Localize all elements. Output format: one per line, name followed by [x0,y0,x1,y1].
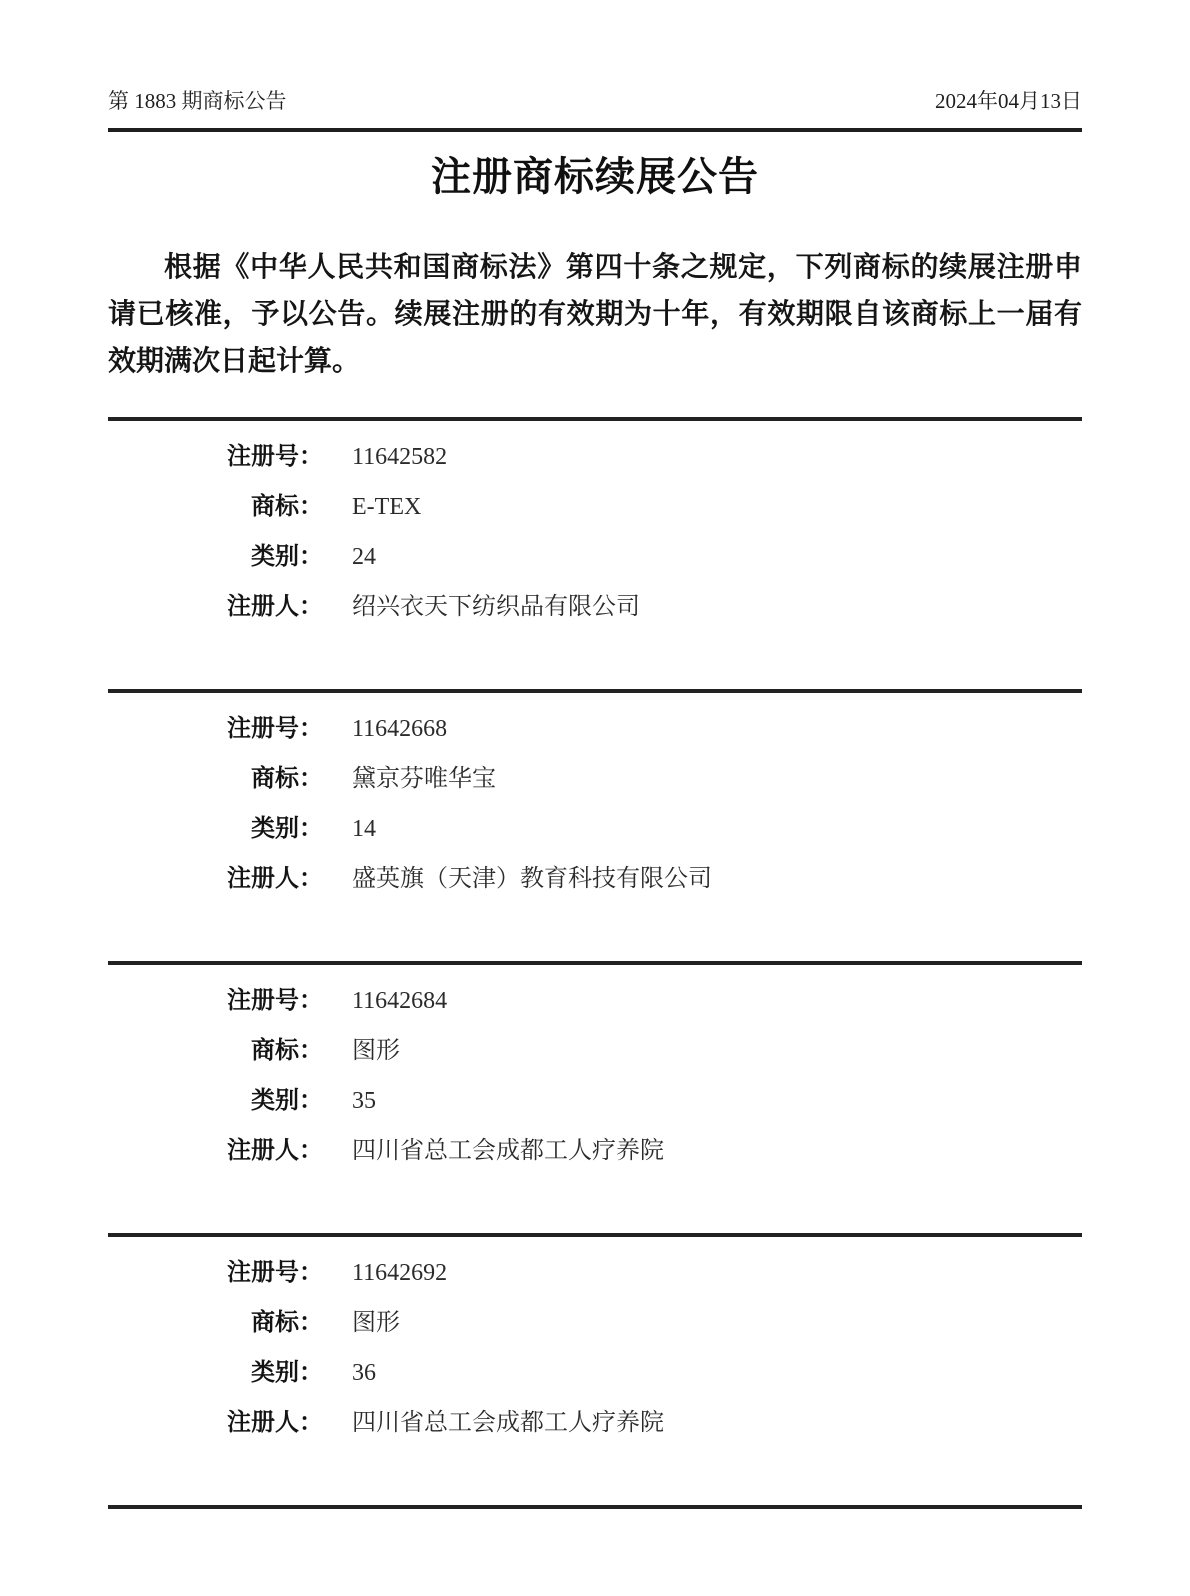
record-row-category: 类别： 35 [108,1076,1082,1126]
gazette-page: 第 1883 期商标公告 2024年04月13日 注册商标续展公告 根据《中华人… [0,0,1190,1596]
category-label: 类别： [108,1348,323,1397]
reg-no-label: 注册号： [108,432,323,481]
trademark-value: 图形 [352,1299,400,1348]
record-row-reg-no: 注册号： 11642692 [108,1248,1082,1298]
record-row-registrant: 注册人： 四川省总工会成都工人疗养院 [108,1398,1082,1448]
trademark-label: 商标： [108,1298,323,1347]
reg-no-label: 注册号： [108,1248,323,1297]
record-row-trademark: 商标： E-TEX [108,482,1082,532]
intro-paragraph: 根据《中华人民共和国商标法》第四十条之规定，下列商标的续展注册申请已核准，予以公… [108,243,1082,384]
trademark-value: 黛京芬唯华宝 [352,755,496,804]
trademark-label: 商标： [108,1026,323,1075]
category-value: 24 [352,533,376,582]
date-label: 2024年04月13日 [935,88,1082,115]
category-label: 类别： [108,532,323,581]
reg-no-value: 11642684 [352,977,447,1026]
record-row-trademark: 商标： 图形 [108,1026,1082,1076]
trademark-label: 商标： [108,482,323,531]
registrant-label: 注册人： [108,1126,323,1175]
record-row-reg-no: 注册号： 11642582 [108,432,1082,482]
record: 注册号： 11642692 商标： 图形 类别： 36 注册人： 四川省总工会成… [108,1233,1082,1505]
category-value: 35 [352,1077,376,1126]
reg-no-value: 11642668 [352,705,447,754]
registrant-value: 绍兴衣天下纺织品有限公司 [352,583,640,632]
registrant-value: 四川省总工会成都工人疗养院 [352,1399,664,1448]
category-label: 类别： [108,804,323,853]
header-rule [108,128,1082,132]
record: 注册号： 11642668 商标： 黛京芬唯华宝 类别： 14 注册人： 盛英旗… [108,689,1082,961]
record: 注册号： 11642684 商标： 图形 类别： 35 注册人： 四川省总工会成… [108,961,1082,1233]
registrant-label: 注册人： [108,582,323,631]
bottom-rule [108,1505,1082,1509]
doc-title: 注册商标续展公告 [108,151,1082,203]
registrant-label: 注册人： [108,854,323,903]
reg-no-value: 11642582 [352,433,447,482]
record-row-category: 类别： 24 [108,532,1082,582]
page-header: 第 1883 期商标公告 2024年04月13日 [108,0,1082,115]
record-row-registrant: 注册人： 盛英旗（天津）教育科技有限公司 [108,854,1082,904]
category-value: 36 [352,1349,376,1398]
trademark-value: E-TEX [352,483,421,532]
record-row-category: 类别： 36 [108,1348,1082,1398]
record-row-registrant: 注册人： 绍兴衣天下纺织品有限公司 [108,582,1082,632]
record-row-reg-no: 注册号： 11642668 [108,704,1082,754]
reg-no-value: 11642692 [352,1249,447,1298]
record-row-reg-no: 注册号： 11642684 [108,976,1082,1026]
record-row-category: 类别： 14 [108,804,1082,854]
issue-label: 第 1883 期商标公告 [108,88,287,115]
record-row-trademark: 商标： 图形 [108,1298,1082,1348]
registrant-value: 盛英旗（天津）教育科技有限公司 [352,855,712,904]
reg-no-label: 注册号： [108,976,323,1025]
record: 注册号： 11642582 商标： E-TEX 类别： 24 注册人： 绍兴衣天… [108,417,1082,689]
trademark-value: 图形 [352,1027,400,1076]
registrant-label: 注册人： [108,1398,323,1447]
reg-no-label: 注册号： [108,704,323,753]
category-label: 类别： [108,1076,323,1125]
records-list: 注册号： 11642582 商标： E-TEX 类别： 24 注册人： 绍兴衣天… [108,417,1082,1509]
category-value: 14 [352,805,376,854]
trademark-label: 商标： [108,754,323,803]
registrant-value: 四川省总工会成都工人疗养院 [352,1127,664,1176]
record-row-registrant: 注册人： 四川省总工会成都工人疗养院 [108,1126,1082,1176]
record-row-trademark: 商标： 黛京芬唯华宝 [108,754,1082,804]
